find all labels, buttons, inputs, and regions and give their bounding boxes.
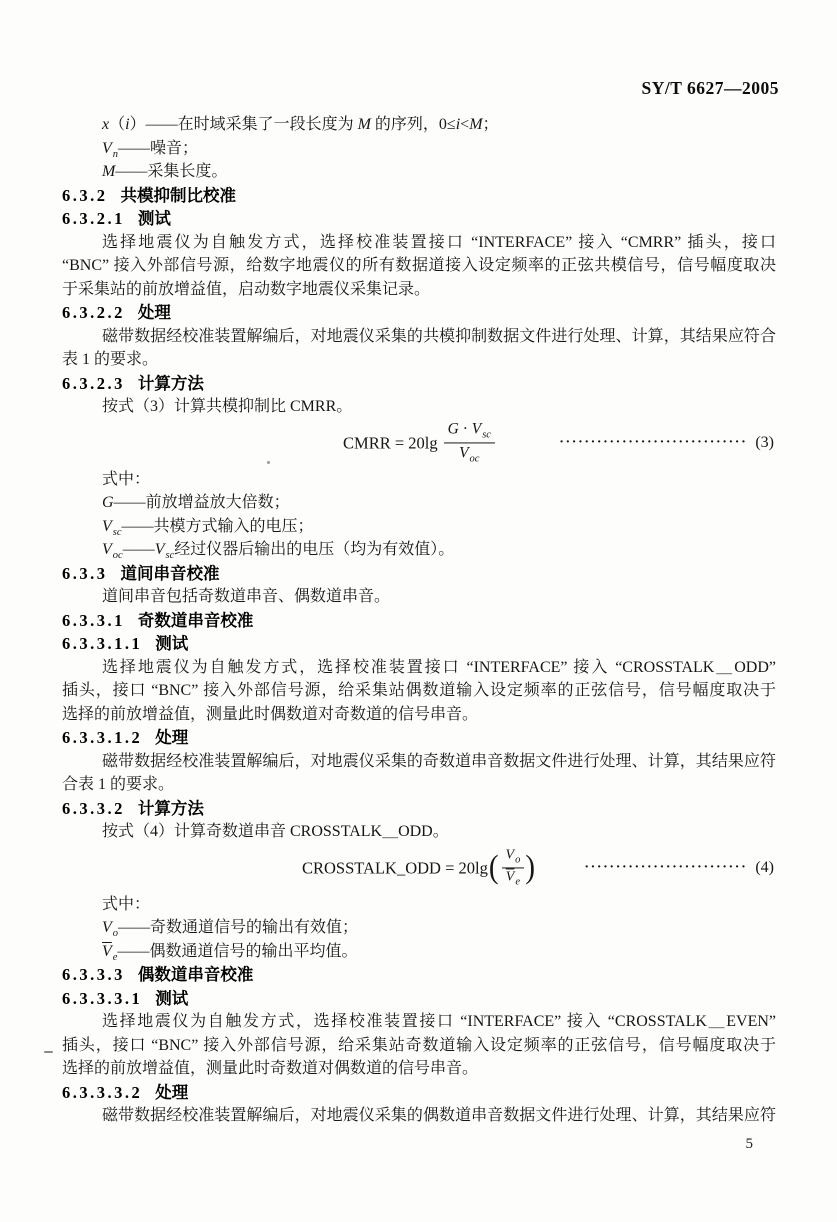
paragraph-line: 选择地震仪为自触发方式，选择校准装置接口 “INTERFACE” 接入 “CRO…: [62, 656, 776, 680]
section-heading-6-3-3-3-1: 6.3.3.3.1测试: [62, 987, 776, 1011]
section-heading-6-3-3-1-1: 6.3.3.1.1测试: [62, 632, 776, 656]
heading-title: 偶数道串音校准: [138, 966, 254, 984]
heading-title: 道间串音校准: [121, 565, 220, 583]
paragraph-line: 选择地震仪为自触发方式，选择校准装置接口 “INTERFACE” 接入 “CMR…: [62, 231, 776, 255]
definition-vn: Vn——噪音；: [62, 137, 776, 161]
section-heading-6-3-3-1: 6.3.3.1奇数道串音校准: [62, 609, 776, 633]
section-heading-6-3-3-3-2: 6.3.3.3.2处理: [62, 1081, 776, 1105]
formula-crosstalk-odd: CROSSTALK_ODD = 20lg ( Vo Ve ) ·········…: [62, 844, 776, 893]
dotted-leader: ··························: [584, 860, 747, 876]
equation-number: (3): [755, 434, 774, 452]
paragraph-line: 道间串音包括奇数道串音、偶数道串音。: [62, 585, 776, 609]
heading-title: 处理: [155, 1084, 188, 1102]
heading-number: 6.3.3.3.2: [62, 1083, 142, 1102]
definition-vo: Vo——奇数通道信号的输出有效值；: [62, 916, 776, 940]
heading-number: 6.3.3.1: [62, 611, 125, 630]
paragraph-line: 插头，接口 “BNC” 接入外部信号源，给采集站奇数道输入设定频率的正弦信号，信…: [62, 1034, 776, 1058]
equation-crosstalk-odd: CROSSTALK_ODD = 20lg ( Vo Ve ): [302, 847, 536, 888]
scan-artifact-dot: [267, 461, 270, 464]
section-heading-6-3-2-3: 6.3.2.3计算方法: [62, 372, 776, 396]
fraction: Vo Ve: [502, 847, 525, 888]
section-heading-6-3-2: 6.3.2共模抑制比校准: [62, 184, 776, 208]
heading-number: 6.3.3.3: [62, 965, 125, 984]
section-heading-6-3-3: 6.3.3道间串音校准: [62, 562, 776, 586]
heading-number: 6.3.3: [62, 564, 108, 583]
fraction-numerator: Vo: [502, 847, 525, 868]
doc-code-header: SY/T 6627—2005: [642, 78, 779, 99]
heading-title: 共模抑制比校准: [121, 187, 237, 205]
section-heading-6-3-3-1-2: 6.3.3.1.2处理: [62, 726, 776, 750]
paragraph-line: 于采集站的前放增益值，启动数字地震仪采集记录。: [62, 278, 776, 302]
where-label: 式中：: [62, 468, 776, 492]
fraction-numerator: G · Vsc: [444, 420, 495, 443]
doc-body: x（i）——在时域采集了一段长度为 M 的序列，0≤i<M； Vn——噪音； M…: [62, 113, 776, 1128]
equation-cmrr: CMRR = 20lg G · Vsc Voc: [343, 420, 495, 465]
heading-number: 6.3.3.1.1: [62, 634, 142, 653]
heading-title: 处理: [155, 729, 188, 747]
paragraph-line: 按式（4）计算奇数道串音 CROSSTALK＿ODD。: [62, 820, 776, 844]
page-number: 5: [746, 1136, 754, 1153]
section-heading-6-3-2-2: 6.3.2.2处理: [62, 301, 776, 325]
heading-number: 6.3.3.1.2: [62, 728, 142, 747]
section-heading-6-3-3-3: 6.3.3.3偶数道串音校准: [62, 963, 776, 987]
heading-number: 6.3.2.3: [62, 374, 125, 393]
paragraph-line: 合表 1 的要求。: [62, 773, 776, 797]
fraction-denominator: Ve: [506, 869, 520, 889]
heading-title: 处理: [138, 304, 171, 322]
heading-title: 奇数道串音校准: [138, 612, 254, 630]
document-page: SY/T 6627—2005 x（i）——在时域采集了一段长度为 M 的序列，0…: [0, 0, 837, 1222]
formula-cmrr: CMRR = 20lg G · Vsc Voc ················…: [62, 419, 776, 468]
equation-leader: ······························ (3): [559, 434, 774, 452]
where-label: 式中：: [62, 893, 776, 917]
paragraph-line: 磁带数据经校准装置解编后，对地震仪采集的偶数道串音数据文件进行处理、计算，其结果…: [62, 1104, 776, 1128]
definition-xi: x（i）——在时域采集了一段长度为 M 的序列，0≤i<M；: [62, 113, 776, 137]
heading-title: 计算方法: [138, 375, 204, 393]
left-paren: (: [489, 852, 499, 884]
section-heading-6-3-2-1: 6.3.2.1测试: [62, 207, 776, 231]
definition-vsc: Vsc——共模方式输入的电压；: [62, 515, 776, 539]
paragraph-line: 选择地震仪为自触发方式，选择校准装置接口 “INTERFACE” 接入 “CRO…: [62, 1010, 776, 1034]
heading-number: 6.3.2: [62, 186, 108, 205]
paragraph-line: 磁带数据经校准装置解编后，对地震仪采集的奇数道串音数据文件进行处理、计算，其结果…: [62, 750, 776, 774]
paragraph-line: 按式（3）计算共模抑制比 CMRR。: [62, 395, 776, 419]
scan-artifact-dash: [44, 1051, 53, 1053]
fraction-denominator: Voc: [459, 444, 479, 466]
definition-g: G——前放增益放大倍数；: [62, 491, 776, 515]
equation-leader: ·························· (4): [584, 859, 774, 877]
paragraph-line: “BNC” 接入外部信号源，给数字地震仪的所有数据道接入设定频率的正弦共模信号，…: [62, 254, 776, 278]
dotted-leader: ······························: [559, 435, 747, 451]
section-heading-6-3-3-2: 6.3.3.2计算方法: [62, 797, 776, 821]
definition-m: M——采集长度。: [62, 160, 776, 184]
heading-title: 测试: [155, 990, 188, 1008]
equation-number: (4): [755, 859, 774, 877]
paragraph-line: 选择的前放增益值，测量此时奇数道对偶数道的信号串音。: [62, 1057, 776, 1081]
definition-voc: Voc——Vsc经过仪器后输出的电压（均为有效值）。: [62, 538, 776, 562]
heading-title: 计算方法: [138, 800, 204, 818]
right-paren: ): [525, 852, 535, 884]
equation-lhs: CMRR = 20lg: [343, 433, 438, 453]
heading-title: 测试: [138, 210, 171, 228]
heading-title: 测试: [155, 635, 188, 653]
paragraph-line: 选择的前放增益值，测量此时偶数道对奇数道的信号串音。: [62, 703, 776, 727]
heading-number: 6.3.3.2: [62, 799, 125, 818]
fraction: G · Vsc Voc: [444, 420, 495, 465]
definition-ve: Ve——偶数通道信号的输出平均值。: [62, 940, 776, 964]
paragraph-line: 表 1 的要求。: [62, 348, 776, 372]
paragraph-line: 插头，接口 “BNC” 接入外部信号源，给采集站偶数道输入设定频率的正弦信号，信…: [62, 679, 776, 703]
equation-lhs: CROSSTALK_ODD = 20lg: [302, 858, 488, 878]
heading-number: 6.3.2.1: [62, 209, 125, 228]
heading-number: 6.3.2.2: [62, 303, 125, 322]
heading-number: 6.3.3.3.1: [62, 989, 142, 1008]
paragraph-line: 磁带数据经校准装置解编后，对地震仪采集的共模抑制数据文件进行处理、计算，其结果应…: [62, 325, 776, 349]
